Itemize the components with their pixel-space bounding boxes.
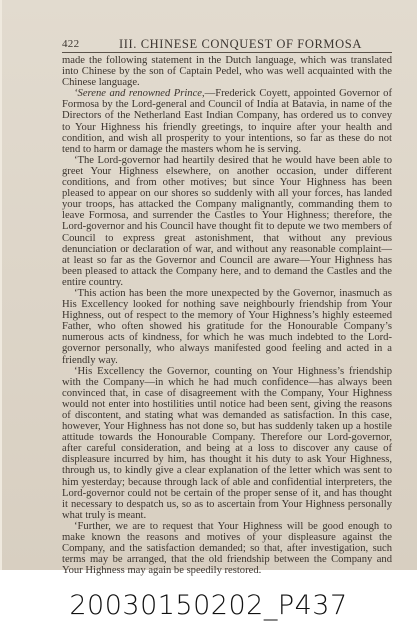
scanned-page: 422 III. CHINESE CONQUEST OF FORMOSA mad… xyxy=(0,0,417,570)
paragraph-6: ‘Further, we are to request that Your Hi… xyxy=(62,521,392,576)
paragraph-3: ‘The Lord-governor had heartily desired … xyxy=(62,155,392,288)
paragraph-4: ‘This action has been the more unexpecte… xyxy=(62,288,392,366)
scan-id-label: 20030150202_P437 xyxy=(0,590,417,621)
header-rule xyxy=(62,52,392,53)
paragraph-1: made the following statement in the Dutc… xyxy=(62,55,392,88)
page-header: 422 III. CHINESE CONQUEST OF FORMOSA xyxy=(62,37,392,53)
paragraph-5: ‘His Excellency the Governor, counting o… xyxy=(62,366,392,521)
running-title: III. CHINESE CONQUEST OF FORMOSA xyxy=(119,37,362,52)
page-number: 422 xyxy=(62,38,79,50)
body-text: made the following statement in the Dutc… xyxy=(62,55,392,576)
paragraph-2: ‘Serene and renowned Prince,—Frederick C… xyxy=(62,88,392,155)
salutation: ‘Serene and renowned Prince, xyxy=(74,88,205,99)
